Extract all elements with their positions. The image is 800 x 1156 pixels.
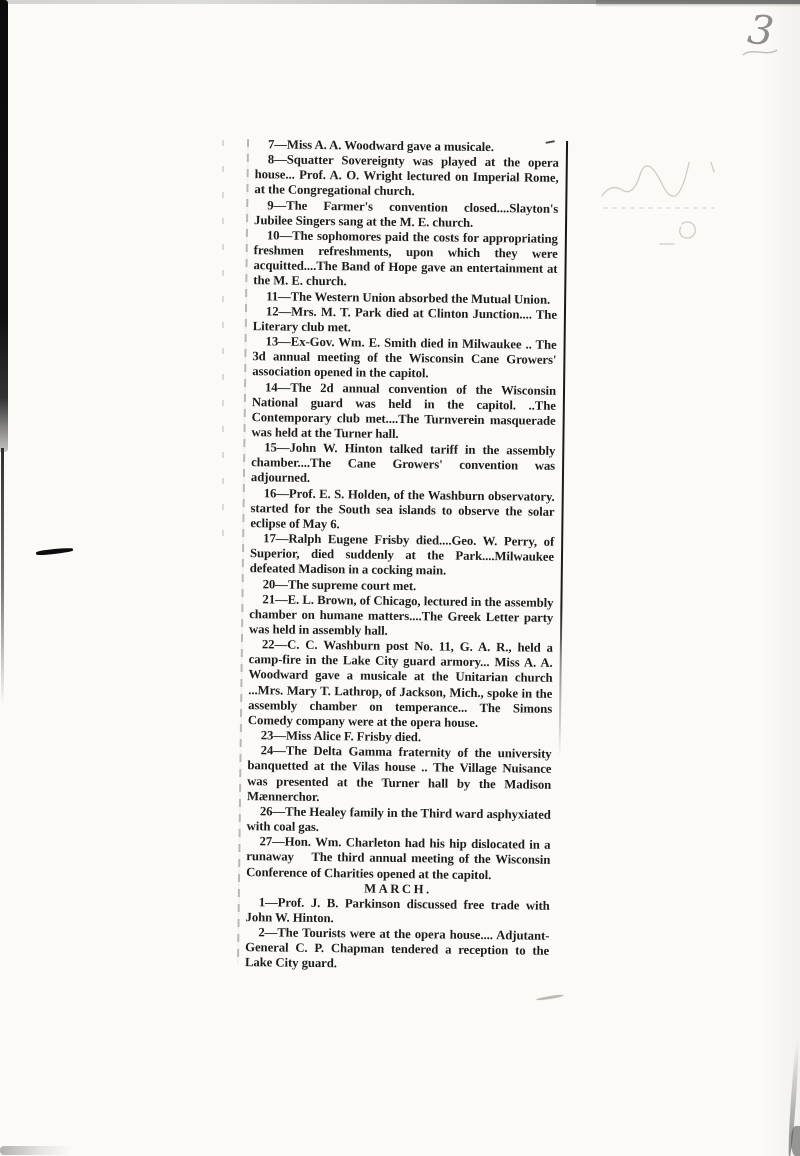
news-item: 21—E. L. Brown, of Chicago, lectured in … [249,592,554,641]
news-item: 14—The 2d annual convention of the Wisco… [251,380,556,444]
news-item: 9—The Farmer's convention closed....Slay… [254,198,558,232]
news-item: 15—John W. Hinton talked tariff in the a… [251,440,556,489]
ink-dash-mark [36,547,73,556]
pencil-dash-mark [536,994,564,1001]
scanned-archive-page: 3 7—Miss A. A. Woodward gave a musicale.… [0,0,800,1156]
scan-edge-left-line [1,448,4,706]
news-item: 16—Prof. E. S. Holden, of the Washburn o… [250,486,555,535]
pencil-underline-swoosh [740,44,780,60]
news-item: 10—The sophomores paid the costs for app… [253,228,558,292]
news-item: 13—Ex-Gov. Wm. E. Smith died in Milwauke… [252,334,557,383]
scan-corner-blob [791,1126,800,1156]
news-item: 1—Prof. J. B. Parkinson discussed free t… [245,895,549,929]
news-item: 27—Hon. Wm. Charleton had his hip disloc… [246,834,551,883]
news-item: 8—Squatter Sovereignty was played at the… [254,152,559,201]
news-item: 26—The Healey family in the Third ward a… [247,804,551,838]
news-item: 2—The Tourists were at the opera house..… [245,925,550,974]
news-item: 22—C. C. Washburn post No. 11, G. A. R.,… [248,637,553,732]
news-item: 24—The Delta Gamma fraternity of the uni… [247,743,552,807]
news-item: 12—Mrs. M. T. Park died at Clinton Junct… [253,304,557,338]
pencil-scribble [596,162,746,254]
fold-shadow-line [222,140,224,540]
scan-edge-top-right [596,0,800,7]
scan-edge-left-bar [0,0,8,452]
news-item: 17—Ralph Eugene Frisby died....Geo. W. P… [250,531,555,580]
newspaper-clipping: 7—Miss A. A. Woodward gave a musicale. 8… [245,137,559,974]
scan-smudge-bottom-left [0,1146,72,1155]
